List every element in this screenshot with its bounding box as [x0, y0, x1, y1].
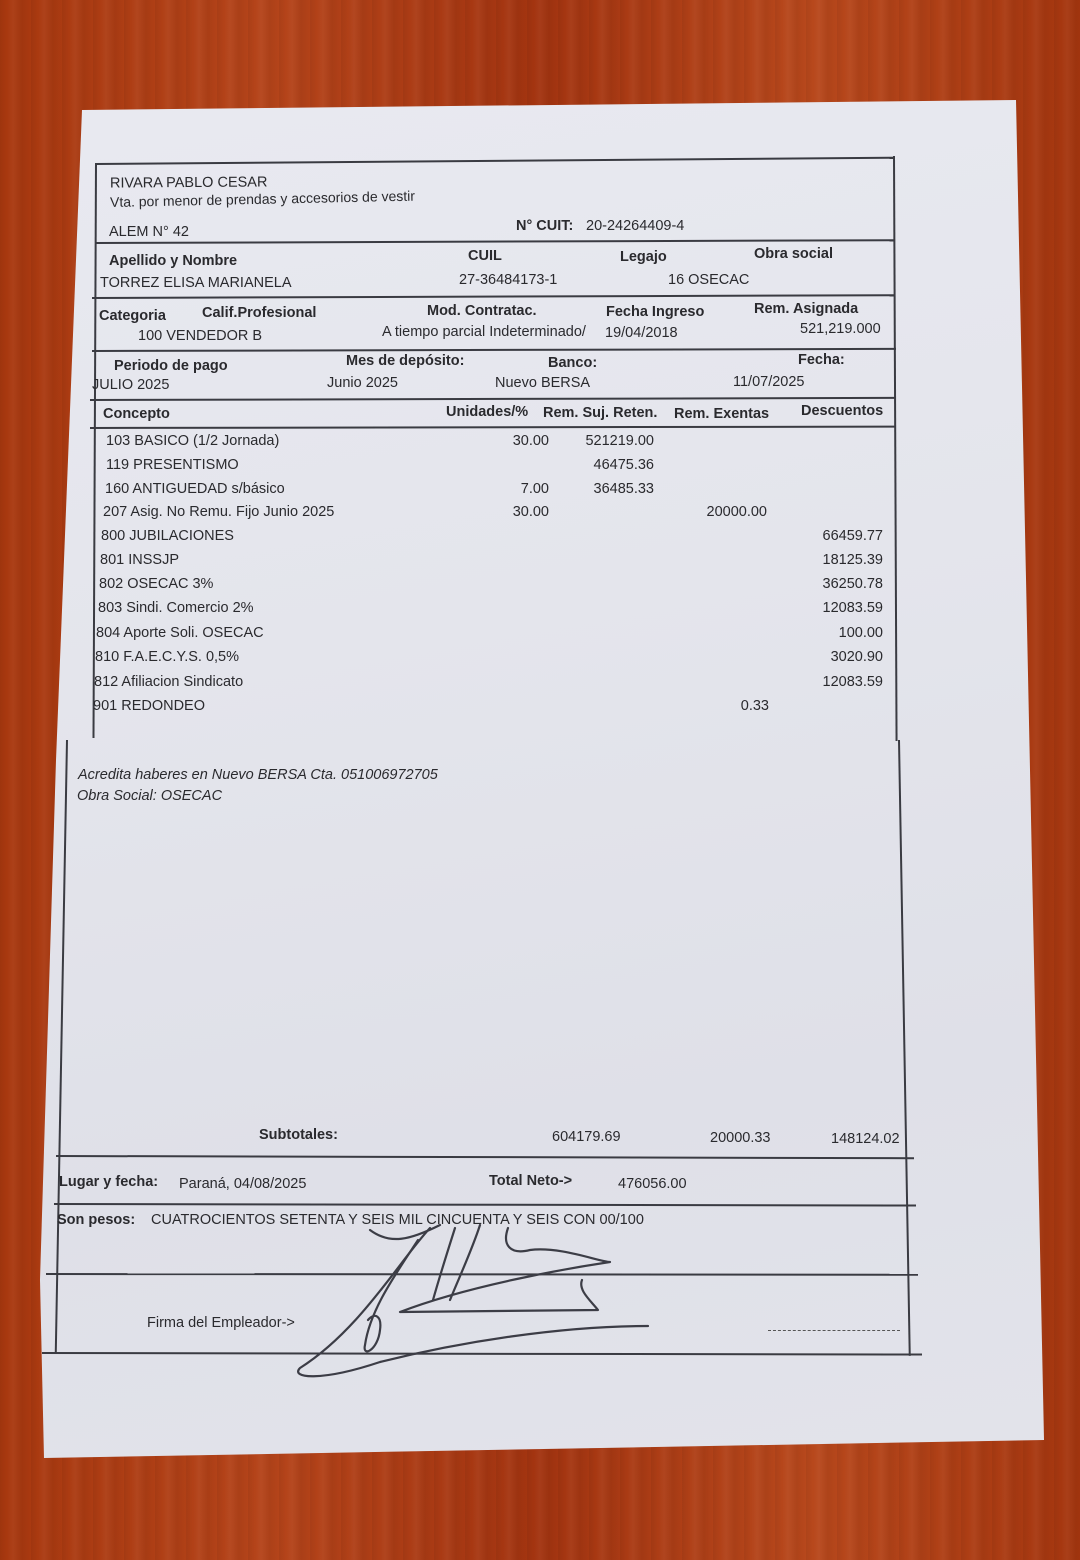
row-descuentos: 3020.90	[783, 650, 883, 665]
subtotales-label: Subtotales:	[259, 1128, 338, 1143]
row-rem-exentas: 20000.00	[667, 505, 767, 520]
row-descuentos: 100.00	[783, 626, 883, 641]
subtotal-rem-suj-reten: 604179.69	[552, 1130, 621, 1145]
employer-name: RIVARA PABLO CESAR	[110, 175, 268, 191]
label-legajo: Legajo	[620, 250, 667, 265]
employee-cuil: 27-36484173-1	[459, 273, 557, 288]
label-banco: Banco:	[548, 356, 597, 371]
row-concepto: 901 REDONDEO	[93, 699, 205, 714]
subtotal-rem-exentas: 20000.33	[710, 1131, 770, 1146]
col-header-rem-suj-reten: Rem. Suj. Reten.	[543, 406, 657, 421]
firma-empleador-label: Firma del Empleador->	[147, 1316, 295, 1331]
label-rem-asignada: Rem. Asignada	[754, 302, 858, 317]
label-apellido-nombre: Apellido y Nombre	[109, 254, 237, 269]
col-header-descuentos: Descuentos	[801, 404, 883, 419]
row-descuentos: 36250.78	[783, 577, 883, 592]
label-mod-contratac: Mod. Contratac.	[427, 304, 537, 319]
row-unidades: 7.00	[449, 482, 549, 497]
row-rem-exentas: 0.33	[669, 699, 769, 714]
row-concepto: 160 ANTIGUEDAD s/básico	[105, 482, 285, 497]
row-rem-suj-reten: 46475.36	[553, 458, 654, 473]
row-concepto: 812 Afiliacion Sindicato	[94, 675, 243, 690]
row-descuentos: 66459.77	[783, 529, 883, 544]
col-header-rem-exentas: Rem. Exentas	[674, 407, 769, 422]
row-unidades: 30.00	[449, 434, 549, 449]
payment-periodo: JULIO 2025	[92, 378, 169, 393]
label-obra-social: Obra social	[754, 247, 833, 262]
employee-mod-contratac: A tiempo parcial Indeterminado/	[382, 325, 586, 340]
row-rem-suj-reten: 521219.00	[553, 434, 654, 449]
note-obra-social: Obra Social: OSECAC	[77, 789, 222, 804]
row-descuentos: 12083.59	[783, 675, 883, 690]
note-acredita-haberes: Acredita haberes en Nuevo BERSA Cta. 051…	[78, 768, 438, 783]
row-concepto: 803 Sindi. Comercio 2%	[98, 601, 254, 616]
label-fecha-ingreso: Fecha Ingreso	[606, 305, 704, 320]
row-unidades: 30.00	[449, 505, 549, 520]
row-concepto: 804 Aporte Soli. OSECAC	[96, 626, 264, 641]
row-concepto: 810 F.A.E.C.Y.S. 0,5%	[95, 650, 239, 665]
label-categoria: Categoria	[99, 309, 166, 324]
payment-banco: Nuevo BERSA	[495, 376, 590, 391]
son-pesos-value: CUATROCIENTOS SETENTA Y SEIS MIL CINCUEN…	[151, 1213, 644, 1228]
row-rem-suj-reten: 36485.33	[553, 482, 654, 497]
label-calif-profesional: Calif.Profesional	[202, 306, 316, 321]
employer-address: ALEM N° 42	[109, 225, 189, 240]
label-mes-deposito: Mes de depósito:	[346, 354, 464, 369]
row-descuentos: 12083.59	[783, 601, 883, 616]
payment-mes-deposito: Junio 2025	[327, 376, 398, 391]
employee-categoria: 100 VENDEDOR B	[138, 329, 262, 344]
employee-name: TORREZ ELISA MARIANELA	[100, 276, 292, 291]
son-pesos-label: Son pesos:	[57, 1213, 135, 1228]
employee-fecha-ingreso: 19/04/2018	[605, 326, 678, 341]
total-neto-value: 476056.00	[618, 1177, 687, 1192]
col-header-concepto: Concepto	[103, 407, 170, 422]
lugar-fecha-value: Paraná, 04/08/2025	[179, 1177, 306, 1192]
row-concepto: 801 INSSJP	[100, 553, 179, 568]
employee-rem-asignada: 521,219.000	[800, 322, 881, 337]
cuit-value: 20-24264409-4	[586, 219, 684, 234]
lugar-fecha-label: Lugar y fecha:	[59, 1175, 158, 1190]
label-periodo-pago: Periodo de pago	[114, 359, 228, 374]
row-concepto: 207 Asig. No Remu. Fijo Junio 2025	[103, 505, 334, 520]
payment-fecha: 11/07/2025	[733, 375, 805, 390]
row-concepto: 119 PRESENTISMO	[106, 458, 239, 473]
employee-legajo-obra-social: 16 OSECAC	[668, 273, 749, 288]
total-neto-label: Total Neto->	[489, 1174, 572, 1189]
label-fecha: Fecha:	[798, 353, 845, 368]
row-concepto: 802 OSECAC 3%	[99, 577, 213, 592]
cuit-label: N° CUIT:	[516, 219, 573, 234]
row-descuentos: 18125.39	[783, 553, 883, 568]
col-header-unidades: Unidades/%	[446, 405, 528, 420]
row-concepto: 103 BASICO (1/2 Jornada)	[106, 434, 279, 449]
signature-line	[768, 1330, 900, 1331]
subtotal-descuentos: 148124.02	[831, 1132, 900, 1147]
label-cuil: CUIL	[468, 249, 502, 264]
row-concepto: 800 JUBILACIONES	[101, 529, 234, 544]
